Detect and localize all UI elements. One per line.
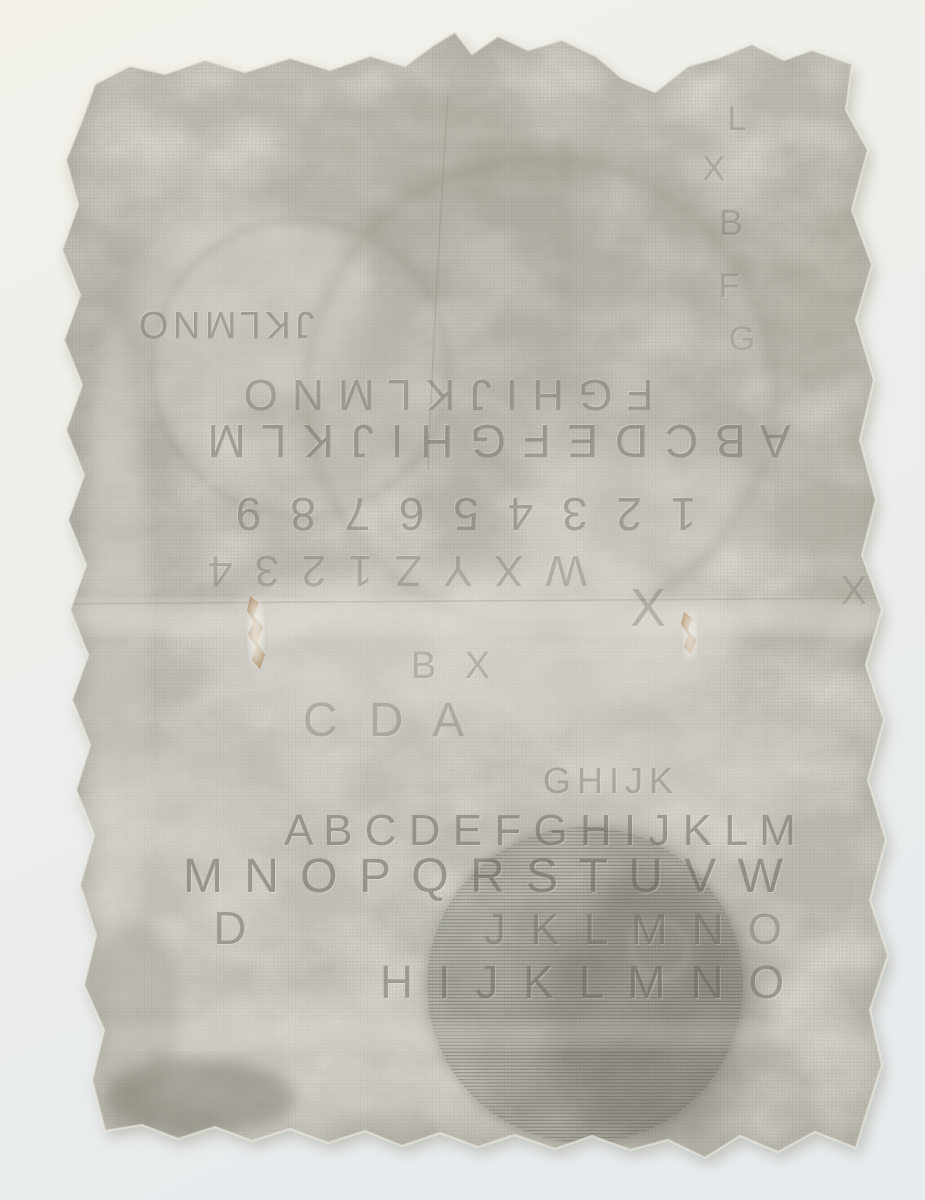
letter-mark: F <box>719 267 740 305</box>
letter-row-flipped: J K L M N O <box>140 303 314 345</box>
letter-row: J K L M N O <box>484 905 788 954</box>
letter-mark: B <box>719 202 743 243</box>
letter-row: A B C D E F G H I J K L M <box>284 806 796 855</box>
letter-mark: G <box>729 320 755 358</box>
letter-mark: X <box>841 569 868 613</box>
letter-row-flipped: F G H I J K L M N O <box>243 370 654 419</box>
artwork-photo: J K L M N O F G H I J K L M N O A B C D … <box>0 0 925 1200</box>
letter-row: C D A <box>303 694 473 747</box>
paper-texture: J K L M N O F G H I J K L M N O A B C D … <box>40 20 900 1180</box>
letter-row-flipped: 1 2 3 4 5 6 7 8 9 <box>228 488 697 540</box>
letter-row: D <box>213 902 246 954</box>
artwork-canvas: J K L M N O F G H I J K L M N O A B C D … <box>0 0 925 1200</box>
letter-mark: L <box>728 100 747 138</box>
letter-row: H I J K L M N O <box>380 956 790 1008</box>
letter-mark: X <box>630 578 666 638</box>
letter-mark: X <box>703 150 726 188</box>
letter-row: G H I J K <box>543 760 673 801</box>
letter-row-flipped: A B C D E F G H I J K L M <box>205 415 790 467</box>
letter-row: M N O P Q R S T U V W <box>183 850 787 903</box>
letter-row: B X <box>411 645 499 687</box>
letter-row-flipped: W X Y Z 1 2 3 4 <box>203 546 587 595</box>
